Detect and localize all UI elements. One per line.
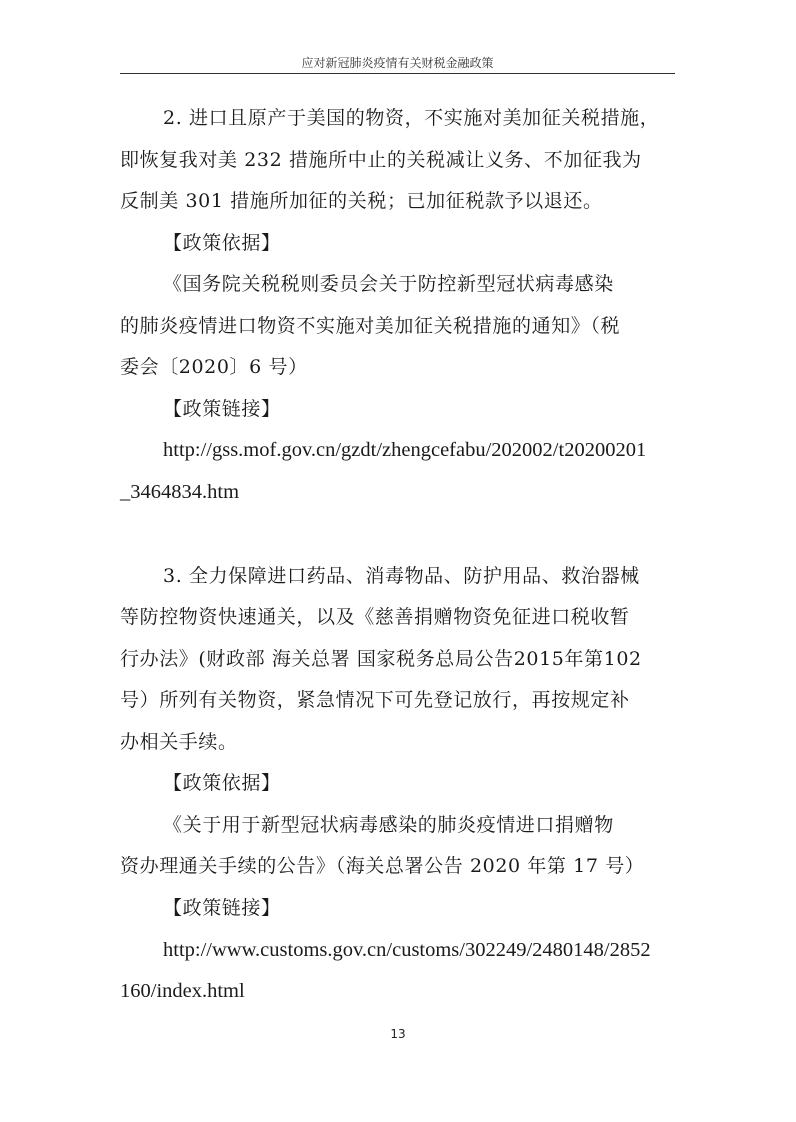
page-number: 13 [0,1027,796,1041]
header-title: 应对新冠肺炎疫情有关财税金融政策 [120,56,675,74]
policy-link-label: 【政策链接】 [163,397,281,421]
body-line: 2. 进口且原产于美国的物资，不实施对美加征关税措施， [163,106,659,130]
policy-link-label: 【政策链接】 [163,896,281,920]
policy-link-url[interactable]: http://gss.mof.gov.cn/gzdt/zhengcefabu/2… [163,438,646,462]
body-line: 3. 全力保障进口药品、消毒物品、防护用品、救治器械 [163,564,640,588]
policy-basis-line: 《国务院关税税则委员会关于防控新型冠状病毒感染 [163,272,614,296]
body-line: 等防控物资快速通关，以及《慈善捐赠物资免征进口税收暂 [120,605,630,629]
body-line: 办相关手续。 [120,730,238,754]
policy-basis-line: 委会〔2020〕6 号） [120,355,308,379]
policy-link-url[interactable]: _3464834.htm [120,480,239,504]
policy-basis-label: 【政策依据】 [163,771,281,795]
policy-basis-line: 《关于用于新型冠状病毒感染的肺炎疫情进口捐赠物 [163,813,614,837]
policy-basis-line: 的肺炎疫情进口物资不实施对美加征关税措施的通知》（税 [120,314,620,338]
body-line: 行办法》(财政部 海关总署 国家税务总局公告2015年第102 [120,647,642,671]
header-divider [120,73,675,74]
policy-basis-label: 【政策依据】 [163,231,281,255]
body-line: 号）所列有关物资，紧急情况下可先登记放行，再按规定补 [120,688,630,712]
policy-link-url[interactable]: http://www.customs.gov.cn/customs/302249… [163,938,651,962]
body-line: 反制美 301 措施所加征的关税；已加征税款予以退还。 [120,189,603,213]
policy-link-url[interactable]: 160/index.html [120,979,245,1003]
policy-basis-line: 资办理通关手续的公告》（海关总署公告 2020 年第 17 号） [120,854,644,878]
body-line: 即恢复我对美 232 措施所中止的关税减让义务、不加征我为 [120,148,642,172]
